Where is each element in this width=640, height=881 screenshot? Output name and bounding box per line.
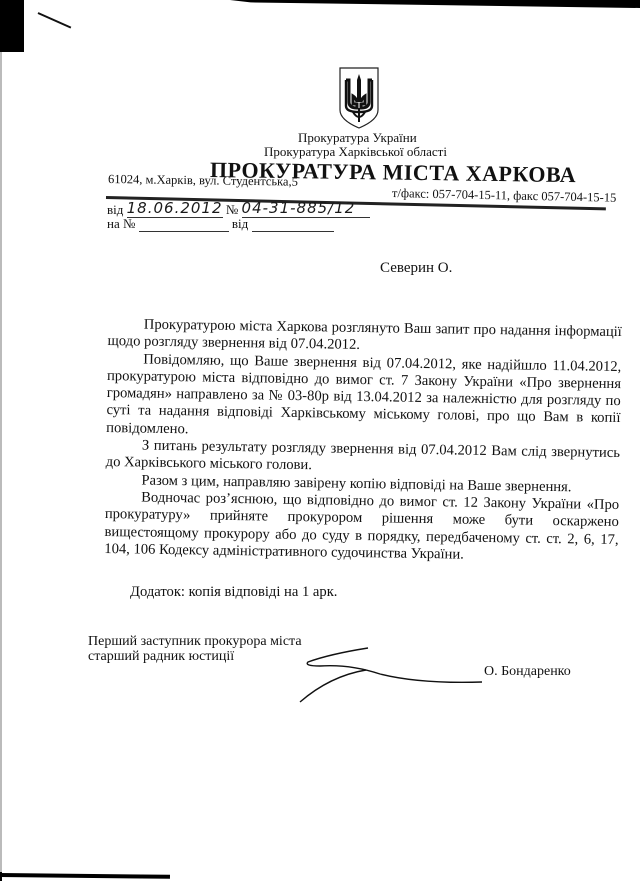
scan-artifact-top-band [230,0,640,8]
signatory-position: Перший заступник прокурора міста старший… [88,634,302,664]
from-label: від [107,202,123,217]
handwritten-signature [290,640,490,704]
reply-to-label: на № [107,216,135,231]
incoming-ref-row: на № від [107,216,334,232]
trident-coat-of-arms-icon [338,66,380,130]
number-label: № [226,202,238,217]
letter-body: Прокуратурою міста Харкова розглянуто Ва… [104,316,622,566]
pen-stroke-mark [38,12,72,28]
org-address: 61024, м.Харків, вул. Студентська,5 [108,172,298,190]
scan-artifact-corner [0,0,24,52]
attachment-note: Додаток: копія відповіді на 1 арк. [130,584,337,601]
position-line-2: старший радник юстиції [88,649,302,664]
signatory-name: О. Бондаренко [484,664,571,680]
addressee: Северин О. [380,260,452,277]
position-line-1: Перший заступник прокурора міста [88,634,302,649]
scan-artifact-edge [0,52,2,881]
paragraph: Водночас роз’яснюю, що відповідно до вим… [104,489,619,566]
reply-to-number-field [139,218,229,232]
reply-from-label: від [232,216,248,231]
scan-artifact-bottom-band [0,873,170,879]
scan-artifact-bottom-corner [0,872,2,881]
reply-from-date-field [252,218,334,232]
paragraph: Повідомляю, що Ваше звернення від 07.04.… [106,351,621,446]
